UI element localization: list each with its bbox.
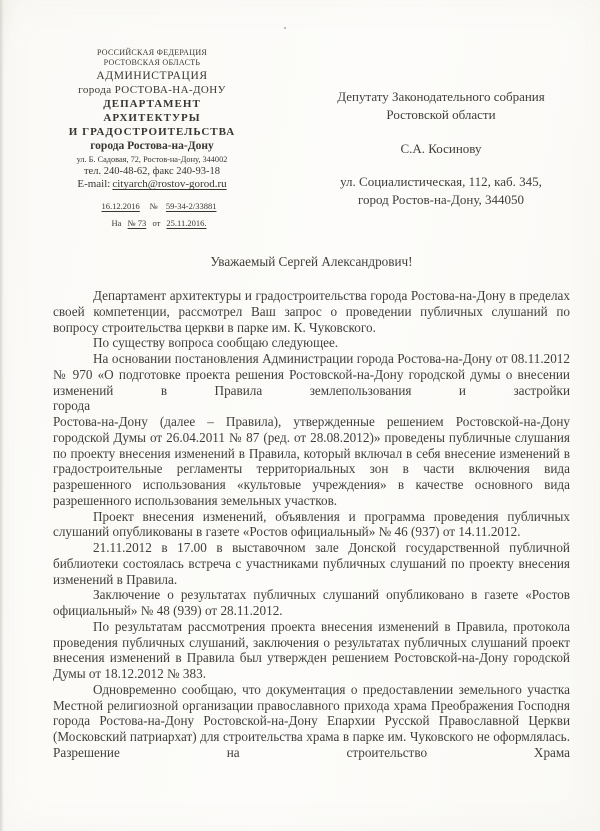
number-sign: №	[150, 201, 158, 211]
letter-paragraph: 21.11.2012 в 17.00 в выставочном зале До…	[53, 540, 570, 587]
letterhead-dept-line1: ДЕПАРТАМЕНТ	[57, 97, 247, 111]
outgoing-reference-line: 16.12.2016№59-34-2/33881	[64, 201, 254, 211]
incoming-reference-line: На № 73 от 25.11.2016.	[64, 218, 254, 228]
letter-body: Департамент архитектуры и градостроитель…	[53, 288, 570, 761]
email-address: cityarch@rostov-gorod.ru	[112, 178, 226, 190]
letter-paragraph: города	[53, 398, 570, 414]
letter-paragraph: Проект внесения изменений, объявления и …	[53, 509, 570, 541]
letterhead-postal-address: ул. Б. Садовая, 72, Ростов-на-Дону, 3440…	[57, 154, 247, 165]
letter-paragraph: Заключение о результатах публичных слуша…	[53, 587, 570, 619]
letterhead-email-line: E-mail:cityarch@rostov-gorod.ru	[57, 178, 247, 192]
letter-paragraph: По существу вопроса сообщаю следующее.	[53, 335, 570, 351]
letterhead-region: РОСТОВСКАЯ ОБЛАСТЬ	[57, 58, 247, 68]
letterhead-org-line1: АДМИНИСТРАЦИЯ	[57, 69, 247, 83]
letterhead-country: РОССИЙСКАЯ ФЕДЕРАЦИЯ	[57, 48, 247, 58]
addressee-name: С.А. Косинову	[330, 140, 552, 158]
letterhead-phone-fax: тел. 240-48-62, факс 240-93-18	[57, 165, 247, 178]
letterhead-dept-line3: И ГРАДОСТРОИТЕЛЬСТВА	[57, 125, 247, 139]
letter-paragraph: По результатам рассмотрения проекта внес…	[53, 619, 570, 682]
scan-speck	[284, 27, 286, 29]
addressee-position-line2: Ростовской области	[330, 106, 552, 124]
reply-from-label: от	[152, 218, 160, 228]
addressee-block: Депутату Законодательного собрания Росто…	[330, 88, 552, 209]
letterhead-dept-line4: города Ростова-на-Дону	[57, 139, 247, 153]
salutation: Уважаемый Сергей Александрович!	[53, 254, 570, 270]
outgoing-number: 59-34-2/33881	[166, 201, 217, 211]
letter-paragraph: Ростова-на-Дону (далее – Правила), утвер…	[53, 414, 570, 509]
reply-label: На	[112, 218, 122, 228]
letterhead: РОССИЙСКАЯ ФЕДЕРАЦИЯ РОСТОВСКАЯ ОБЛАСТЬ …	[57, 48, 247, 228]
addressee-position-line1: Депутату Законодательного собрания	[330, 88, 552, 106]
letter-paragraph: На основании постановления Администрации…	[53, 351, 570, 398]
letterhead-dept-line2: АРХИТЕКТУРЫ	[57, 111, 247, 125]
incoming-number: № 73	[128, 218, 147, 228]
outgoing-date: 16.12.2016	[102, 201, 140, 211]
incoming-date: 25.11.2016.	[166, 218, 206, 228]
letter-paragraph: Департамент архитектуры и градостроитель…	[53, 288, 570, 335]
letterhead-org-line2: города РОСТОВА-НА-ДОНУ	[57, 83, 247, 97]
email-label: E-mail:	[77, 178, 110, 190]
addressee-street: ул. Социалистическая, 112, каб. 345,	[330, 173, 552, 191]
letter-paragraph: Одновременно сообщаю, что документация о…	[53, 682, 570, 761]
addressee-city: город Ростов-на-Дону, 344050	[330, 191, 552, 209]
document-page: РОССИЙСКАЯ ФЕДЕРАЦИЯ РОСТОВСКАЯ ОБЛАСТЬ …	[0, 0, 600, 831]
